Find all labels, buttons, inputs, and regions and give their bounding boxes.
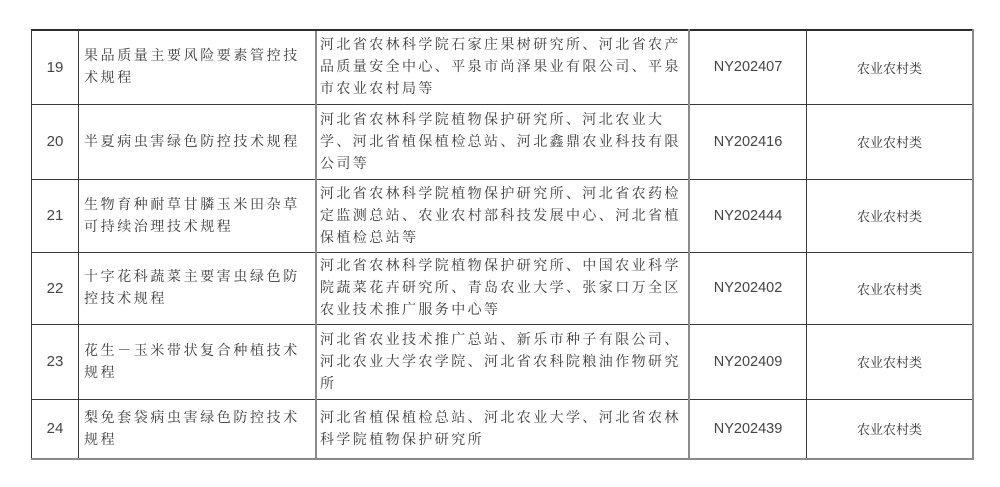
table-row: 20 半夏病虫害绿色防控技术规程 河北省农林科学院植物保护研究所、河北农业大学、… bbox=[32, 104, 974, 179]
project-code: NY202409 bbox=[689, 324, 807, 399]
table-row: 24 梨免套袋病虫害绿色防控技术规程 河北省植保植检总站、河北农业大学、河北省农… bbox=[32, 399, 974, 459]
project-code: NY202444 bbox=[689, 179, 807, 252]
project-code: NY202407 bbox=[689, 30, 807, 104]
row-number: 23 bbox=[32, 324, 79, 399]
table-row: 19 果品质量主要风险要素管控技术规程 河北省农林科学院石家庄果树研究所、河北省… bbox=[32, 30, 974, 104]
category: 农业农村类 bbox=[807, 324, 974, 399]
standard-name: 半夏病虫害绿色防控技术规程 bbox=[79, 104, 317, 179]
table-row: 22 十字花科蔬菜主要害虫绿色防控技术规程 河北省农林科学院植物保护研究所、中国… bbox=[32, 252, 974, 324]
drafting-units: 河北省农林科学院植物保护研究所、中国农业科学院蔬菜花卉研究所、青岛农业大学、张家… bbox=[316, 252, 689, 324]
table-row: 23 花生－玉米带状复合种植技术规程 河北省农业技术推广总站、新乐市种子有限公司… bbox=[32, 324, 974, 399]
category: 农业农村类 bbox=[807, 179, 974, 252]
category: 农业农村类 bbox=[807, 104, 974, 179]
standard-name: 花生－玉米带状复合种植技术规程 bbox=[79, 324, 317, 399]
row-number: 22 bbox=[32, 252, 79, 324]
project-code: NY202439 bbox=[689, 399, 807, 459]
drafting-units: 河北省农林科学院植物保护研究所、河北省农药检定监测总站、农业农村部科技发展中心、… bbox=[316, 179, 689, 252]
project-code: NY202416 bbox=[689, 104, 807, 179]
drafting-units: 河北省农林科学院石家庄果树研究所、河北省农产品质量安全中心、平泉市尚泽果业有限公… bbox=[316, 30, 689, 104]
row-number: 24 bbox=[32, 399, 79, 459]
row-number: 19 bbox=[32, 30, 79, 104]
drafting-units: 河北省植保植检总站、河北农业大学、河北省农林科学院植物保护研究所 bbox=[316, 399, 689, 459]
standards-table: 19 果品质量主要风险要素管控技术规程 河北省农林科学院石家庄果树研究所、河北省… bbox=[31, 29, 974, 460]
standard-name: 十字花科蔬菜主要害虫绿色防控技术规程 bbox=[79, 252, 317, 324]
category: 农业农村类 bbox=[807, 30, 974, 104]
row-number: 20 bbox=[32, 104, 79, 179]
table-row: 21 生物育种耐草甘膦玉米田杂草可持续治理技术规程 河北省农林科学院植物保护研究… bbox=[32, 179, 974, 252]
category: 农业农村类 bbox=[807, 252, 974, 324]
category: 农业农村类 bbox=[807, 399, 974, 459]
project-code: NY202402 bbox=[689, 252, 807, 324]
standard-name: 梨免套袋病虫害绿色防控技术规程 bbox=[79, 399, 317, 459]
standard-name: 果品质量主要风险要素管控技术规程 bbox=[79, 30, 317, 104]
drafting-units: 河北省农林科学院植物保护研究所、河北农业大学、河北省植保植检总站、河北鑫鼎农业科… bbox=[316, 104, 689, 179]
standard-name: 生物育种耐草甘膦玉米田杂草可持续治理技术规程 bbox=[79, 179, 317, 252]
row-number: 21 bbox=[32, 179, 79, 252]
drafting-units: 河北省农业技术推广总站、新乐市种子有限公司、河北农业大学农学院、河北省农科院粮油… bbox=[316, 324, 689, 399]
